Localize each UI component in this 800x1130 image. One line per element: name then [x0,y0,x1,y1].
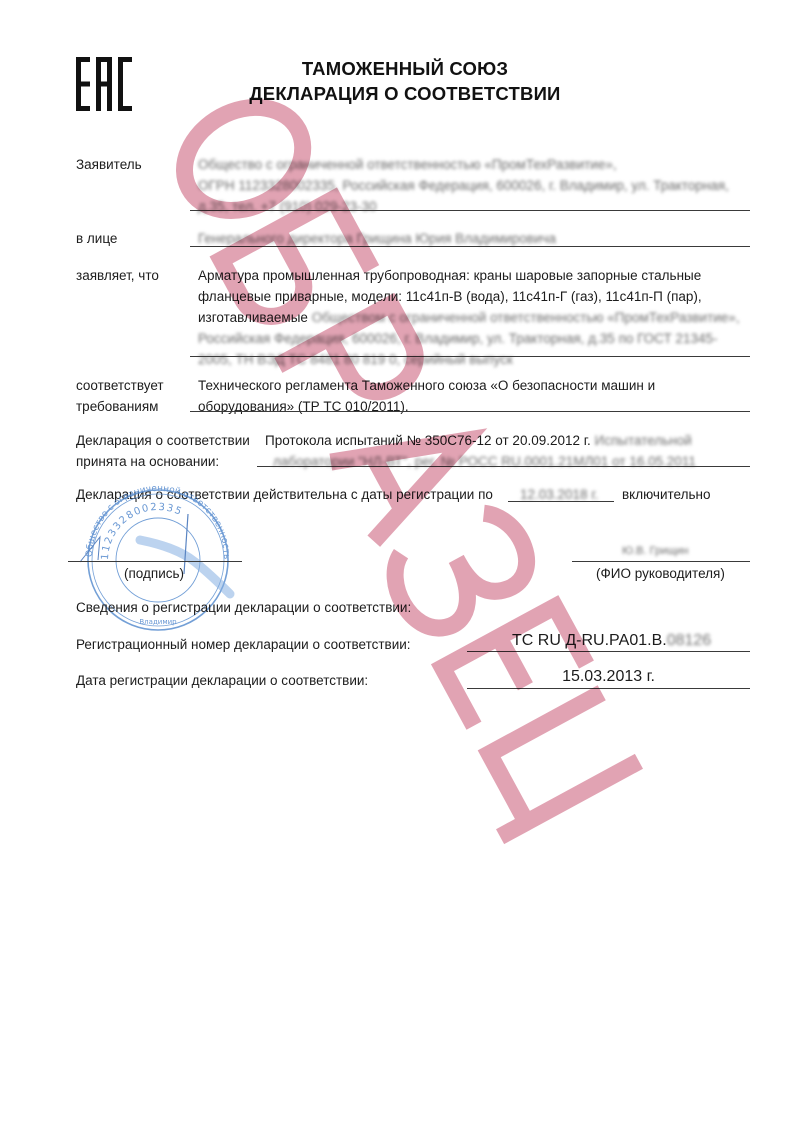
registration-number-label: Регистрационный номер декларации о соотв… [76,634,411,655]
eac-logo-icon [76,57,132,111]
conforms-label-line-1: соответствует [76,375,164,396]
applicant-value: Общество с ограниченной ответственностью… [198,154,748,217]
document-title: ТАМОЖЕННЫЙ СОЮЗ ДЕКЛАРАЦИЯ О СООТВЕТСТВИ… [220,56,590,106]
applicant-line-1: Общество с ограниченной ответственностью… [198,154,748,175]
signature-caption: (подпись) [124,563,184,584]
declares-underline [190,356,750,357]
signature-underline [68,561,242,562]
manufactured-by-label: изготавливаемые [198,310,308,325]
registration-date-underline [467,688,750,689]
applicant-label: Заявитель [76,154,142,175]
represented-by-underline [190,246,750,247]
declares-line-2: фланцевые приварные, модели: 11с41п-В (в… [198,286,758,307]
title-line-customs-union: ТАМОЖЕННЫЙ СОЮЗ [220,56,590,81]
registration-number-suffix-blurred: 08126 [667,632,712,649]
represented-by-label: в лице [76,228,117,249]
registration-date-value: 15.03.2013 г. [467,666,750,688]
conforms-underline [190,411,750,412]
director-name: Ю.В. Грищин [622,541,689,562]
declares-line-3: изготавливаемые Обществом с ограниченной… [198,307,758,328]
svg-text:Общество с ограниченной ответс: Общество с ограниченной ответственностью… [70,482,231,559]
registration-number-value: ТС RU Д-RU.РА01.В.08126 [512,630,711,652]
declares-label: заявляет, что [76,265,159,286]
validity-date-underline [508,501,614,502]
laboratory-blurred: Испытательной [595,433,692,448]
applicant-line-3: д.35, тел. +7 (910) 029-23-30 [198,196,748,217]
basis-underline [257,466,750,467]
declares-value: Арматура промышленная трубопроводная: кр… [198,265,758,370]
manufacturer-blurred: Обществом с ограниченной ответственность… [312,310,740,325]
basis-label-line-1: Декларация о соответствии [76,430,250,451]
registration-date-label: Дата регистрации декларации о соответств… [76,670,368,691]
basis-label: Декларация о соответствии принята на осн… [76,430,250,472]
declares-line-4: Российская Федерация, 600026, г. Владими… [198,328,758,349]
conforms-line-1: Технического регламента Таможенного союз… [198,375,758,396]
title-line-declaration: ДЕКЛАРАЦИЯ О СООТВЕТСТВИИ [220,81,590,106]
conforms-label: соответствует требованиям [76,375,164,417]
basis-line-2: лаборатории "НЛ-ВТ", рег. № РОСС RU.0001… [265,451,755,472]
basis-label-line-2: принята на основании: [76,451,250,472]
basis-line-1: Протокола испытаний № 350С76-12 от 20.09… [265,430,755,451]
registration-number-prefix: ТС RU Д-RU.РА01.В. [512,632,667,649]
registration-number-underline [467,651,750,652]
declares-line-5: 2005, ТН ВЭД ТС 8481 80 819 0, серийный … [198,349,758,370]
registration-heading: Сведения о регистрации декларации о соот… [76,597,411,618]
applicant-underline [190,210,750,211]
conforms-line-2: оборудования» (ТР ТС 010/2011). [198,396,758,417]
declares-line-1: Арматура промышленная трубопроводная: кр… [198,265,758,286]
svg-text:Владимир: Владимир [139,618,177,626]
director-name-underline [572,561,750,562]
director-name-caption: (ФИО руководителя) [596,563,725,584]
test-protocol-text: Протокола испытаний № 350С76-12 от 20.09… [265,433,591,448]
applicant-line-2: ОГРН 1123328002335, Российская Федерация… [198,175,748,196]
conforms-label-line-2: требованиям [76,396,164,417]
validity-suffix: включительно [622,484,710,505]
